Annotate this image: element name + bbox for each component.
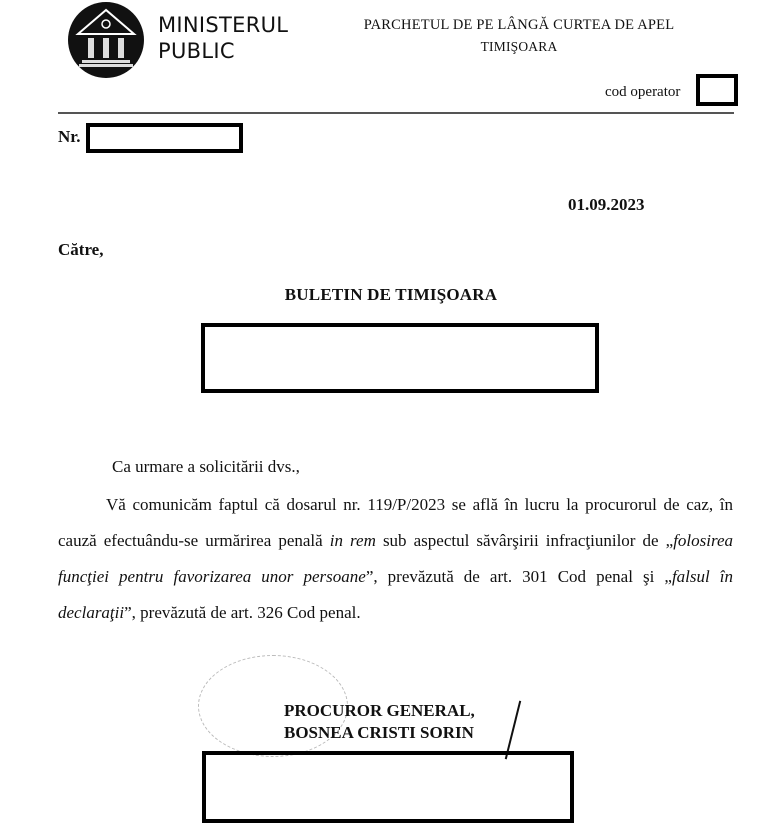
- header-divider: [58, 112, 734, 114]
- signature-block: PROCUROR GENERAL, BOSNEA CRISTI SORIN: [284, 700, 475, 744]
- recipient-name: BULETIN DE TIMIŞOARA: [0, 285, 782, 305]
- institution-line-1: PARCHETUL DE PE LÂNGĂ CURTEA DE APEL: [352, 14, 686, 36]
- body-italic-1: in rem: [330, 531, 376, 550]
- cod-operator-label: cod operator: [605, 84, 680, 101]
- salutation: Către,: [58, 240, 103, 260]
- body-paragraph: Vă comunicăm faptul că dosarul nr. 119/P…: [58, 487, 733, 631]
- institution-line-2: TIMIŞOARA: [352, 36, 686, 58]
- nr-redaction: [86, 123, 243, 153]
- institution-heading: PARCHETUL DE PE LÂNGĂ CURTEA DE APEL TIM…: [352, 14, 686, 58]
- document-date: 01.09.2023: [568, 195, 645, 215]
- opening-line: Ca urmare a solicitării dvs.,: [112, 457, 300, 477]
- signatory-title: PROCUROR GENERAL,: [284, 700, 475, 722]
- ministerul-public-logo-icon: [68, 2, 144, 78]
- body-text-4: ”, prevăzută de art. 326 Cod penal.: [124, 603, 361, 622]
- nr-label: Nr.: [58, 127, 81, 147]
- logo-line-1: MINISTERUL: [158, 12, 288, 38]
- body-text-3: ”, prevăzută de art. 301 Cod penal şi „: [366, 567, 672, 586]
- logo-text: MINISTERUL PUBLIC: [158, 12, 288, 64]
- logo-line-2: PUBLIC: [158, 38, 288, 64]
- body-text-2: sub aspectul săvârşirii infracţiunilor d…: [376, 531, 673, 550]
- signatory-name: BOSNEA CRISTI SORIN: [284, 722, 475, 744]
- recipient-address-redaction: [201, 323, 599, 393]
- signature-redaction: [202, 751, 574, 823]
- cod-operator-redaction: [696, 74, 738, 106]
